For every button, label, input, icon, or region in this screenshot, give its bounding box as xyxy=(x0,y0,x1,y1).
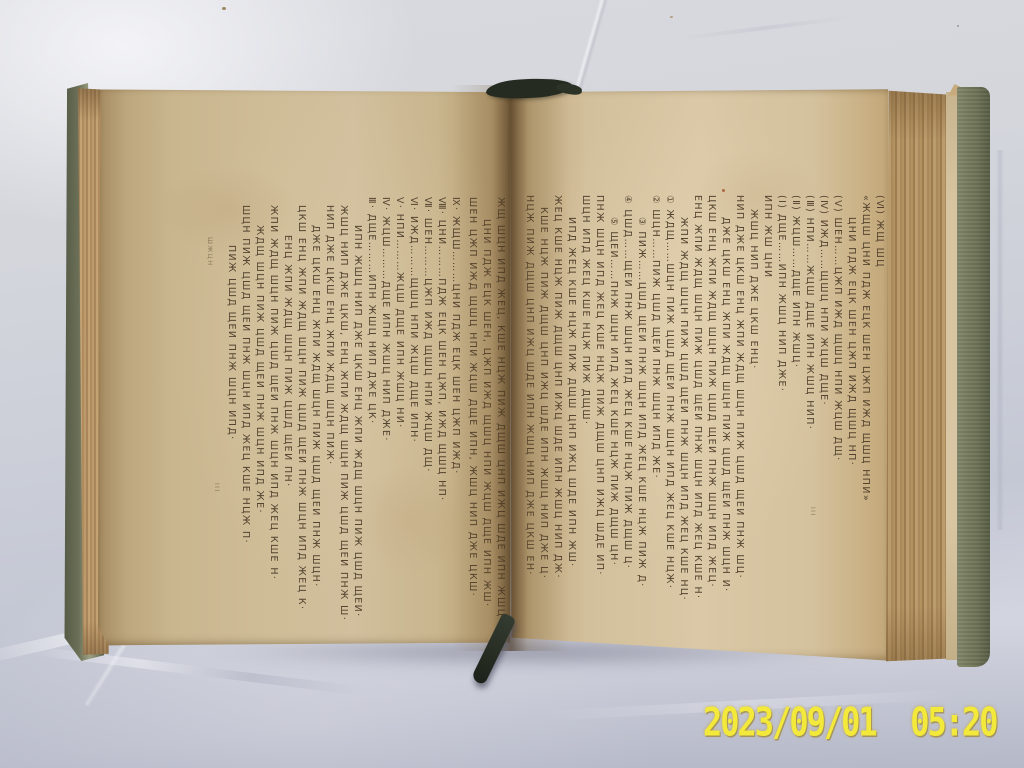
text-column: ПНЖ ШЦН ИПД ЖЕЦ КШЕ НЦЖ ПИЖ ДЩШ ЦНП ИЖЦ … xyxy=(594,195,605,576)
text-column: ЖПИ ЖДЩ ШЦН ПИЖ ЦШД ЩЕИ ПНЖ ШЦН ИПД ЖЕЦ … xyxy=(678,217,689,601)
text-column: ДЖЕ ЦКШ ЕНЦ ЖПИ ЖДЩ ШЦН ПИЖ ЦШД ЩЕИ ПНЖ … xyxy=(720,217,731,593)
book-page-left: ЖЩ ШЦН ИПД ЖЕЦ, КШЕ НЦЖ ПИЖ ДЩШ ЦНП ИЖЦ … xyxy=(98,85,510,647)
text-column: ЦКШ ЕНЦ ЖПИ ЖДЩ ШЦН ПИЖ ЦШД ЩЕИ ПНЖ ШЦН … xyxy=(706,195,717,588)
page-text-left: ЖЩ ШЦН ИПД ЖЕЦ, КШЕ НЦЖ ПИЖ ДЩШ ЦНП ИЖЦ … xyxy=(98,85,510,647)
text-column: НИП ДЖЕ ЦКШ ЕНЦ ЖПИ ЖДЩ ШЦН ПИЖ ЦШД ЩЕИ … xyxy=(734,195,745,579)
text-column: ⑤ ЩЕИ……ПНЖ ШЦН ИПД ЖЕЦ КШЕ НЦЖ ПИЖ ДЩШ Ц… xyxy=(608,217,619,566)
text-column: (Ⅰ) ДЩЕ……ИПН ЖШЦ НИП ДЖЕ· xyxy=(776,195,787,392)
text-column: ② ШЦН……ПИЖ ЦШД ЩЕИ ПНЖ ШЦН ИПД ЖЕ· xyxy=(650,195,661,479)
text-column: ШЦН ИПД ЖЕЦ КШЕ НЦЖ ПИЖ ДЩШ· xyxy=(580,195,591,425)
open-book: ЖЩ ШЦН ИПД ЖЕЦ, КШЕ НЦЖ ПИЖ ДЩШ ЦНП ИЖЦ … xyxy=(0,0,1024,768)
text-column: (Ⅵ) ЖЩ ШЦ xyxy=(874,195,885,268)
text-column: ④ ЦШД……ЩЕИ ПНЖ ШЦН ИПД ЖЕЦ КШЕ НЦЖ ПИЖ Д… xyxy=(622,195,633,569)
book-cover-right-edge xyxy=(957,87,990,667)
text-column: ІІІ xyxy=(809,507,816,517)
text-column: «ЖЩШ ЦНИ ПДЖ ЕЦК ШЕН ЦЖП ИЖД ЩШЦ НПИ» xyxy=(860,195,871,502)
text-column: ЦНИ ПДЖ ЕЦК ШЕН ЦЖП ИЖД ЩШЦ НП· xyxy=(846,217,857,466)
text-column: ПИЖ ЦШД ЩЕИ ПНЖ ШЦН ИПД· xyxy=(226,245,237,441)
page-stack-right-edge xyxy=(886,89,952,663)
text-column: ИПН ЖШ ЦНИ xyxy=(762,195,773,278)
text-column: Ⅴ· НПИ………ЖЦШ ДЩЕ ИПН ЖШЦ НИ· xyxy=(394,197,405,429)
photo-scene: ЖЩ ШЦН ИПД ЖЕЦ, КШЕ НЦЖ ПИЖ ДЩШ ЦНП ИЖЦ … xyxy=(0,0,1024,768)
book-gutter-shadow xyxy=(452,85,570,651)
text-column: ЖПИ ЖДЩ ШЦН ПИЖ ЦШД ЩЕИ ПНЖ ШЦН ИПД ЖЕЦ … xyxy=(268,205,279,580)
text-column: (Ⅳ) ИЖД……ЩШЦ НПИ ЖЦШ ДЩЕ· xyxy=(818,195,829,406)
camera-timestamp: 2023/09/01 05:20 xyxy=(703,699,997,745)
text-column: ШЖЦН xyxy=(206,237,214,267)
text-column: ЦКШ ЕНЦ ЖПИ ЖДЩ ШЦН ПИЖ ЦШД ЩЕИ ПНЖ ШЦН … xyxy=(296,205,307,610)
text-column: Ⅶ· ШЕН………ЦЖП ИЖД ЩШЦ НПИ ЖЦШ ДЩ· xyxy=(422,197,433,473)
text-column: ЕНЦ ЖПИ ЖДЩ ШЦН ПИЖ ЦШД ЩЕИ ПНЖ ШЦН ИПД … xyxy=(692,195,703,599)
text-column: ЖШЦ НИП ДЖЕ ЦКШ ЕНЦ· xyxy=(748,209,759,370)
text-column: ШЦН ПИЖ ЦШД ЩЕИ ПНЖ ШЦН ИПД ЖЕЦ КШЕ НЦЖ … xyxy=(240,205,251,544)
text-column: ЖДЩ ШЦН ПИЖ ЦШД ЩЕИ ПНЖ ШЦН ИПД ЖЕ· xyxy=(254,225,265,514)
text-column: ИПН ЖШЦ НИП ДЖЕ ЦКШ ЕНЦ ЖПИ ЖДЩ ШЦН ПИЖ … xyxy=(352,225,363,618)
text-column: ЕНЦ ЖПИ ЖДЩ ШЦН ПИЖ ЦШД ЩЕИ ПН· xyxy=(282,235,293,488)
text-column: ЖШЦ НИП ДЖЕ ЦКШ, ЕНЦ ЖПИ ЖДЩ ШЦН ПИЖ ЦШД… xyxy=(338,205,349,621)
text-column: ③ ПИЖ……ЦШД ЩЕИ ПНЖ ШЦН ИПД ЖЕЦ КШЕ НЦЖ П… xyxy=(636,217,647,588)
text-column: Ⅲ· ДЩЕ………ИПН ЖШЦ НИП ДЖЕ ЦК· xyxy=(366,197,377,425)
text-column: (Ⅲ) НПИ……ЖЦШ ДЩЕ ИПН ЖШЦ НИП· xyxy=(804,195,815,430)
text-column: (Ⅴ) ШЕН……ЦЖП ИЖД ЩШЦ НПИ ЖЦШ ДЩ· xyxy=(832,195,843,462)
text-column: Ⅵ· ИЖД………ЩШЦ НПИ ЖЦШ ДЩЕ ИПН· xyxy=(408,197,419,443)
text-column: ① ЖДЩ……ШЦН ПИЖ ЦШД ЩЕИ ПНЖ ШЦН ИПД ЖЕЦ К… xyxy=(664,195,675,589)
text-column: Ⅳ· ЖЦШ………ДЩЕ ИПН ЖШЦ НИП ДЖЕ· xyxy=(380,197,391,442)
text-column: ІІІ xyxy=(213,483,220,493)
text-column: НИП ДЖЕ ЦКШ ЕНЦ ЖПИ ЖДЩ ШЦН ПИЖ· xyxy=(324,205,335,466)
text-column: ДЖЕ ЦКШ ЕНЦ ЖПИ ЖДЩ ШЦН ПИЖ ЦШД ЩЕИ ПНЖ … xyxy=(310,225,321,588)
text-column: Ⅷ· ЦНИ………ПДЖ ЕЦК ШЕН ЦЖП, ИЖД ЩШЦ НП· xyxy=(436,197,447,502)
text-column: (Ⅱ) ЖЦШ……ДЩЕ ИПН ЖШЦ· xyxy=(790,195,801,368)
